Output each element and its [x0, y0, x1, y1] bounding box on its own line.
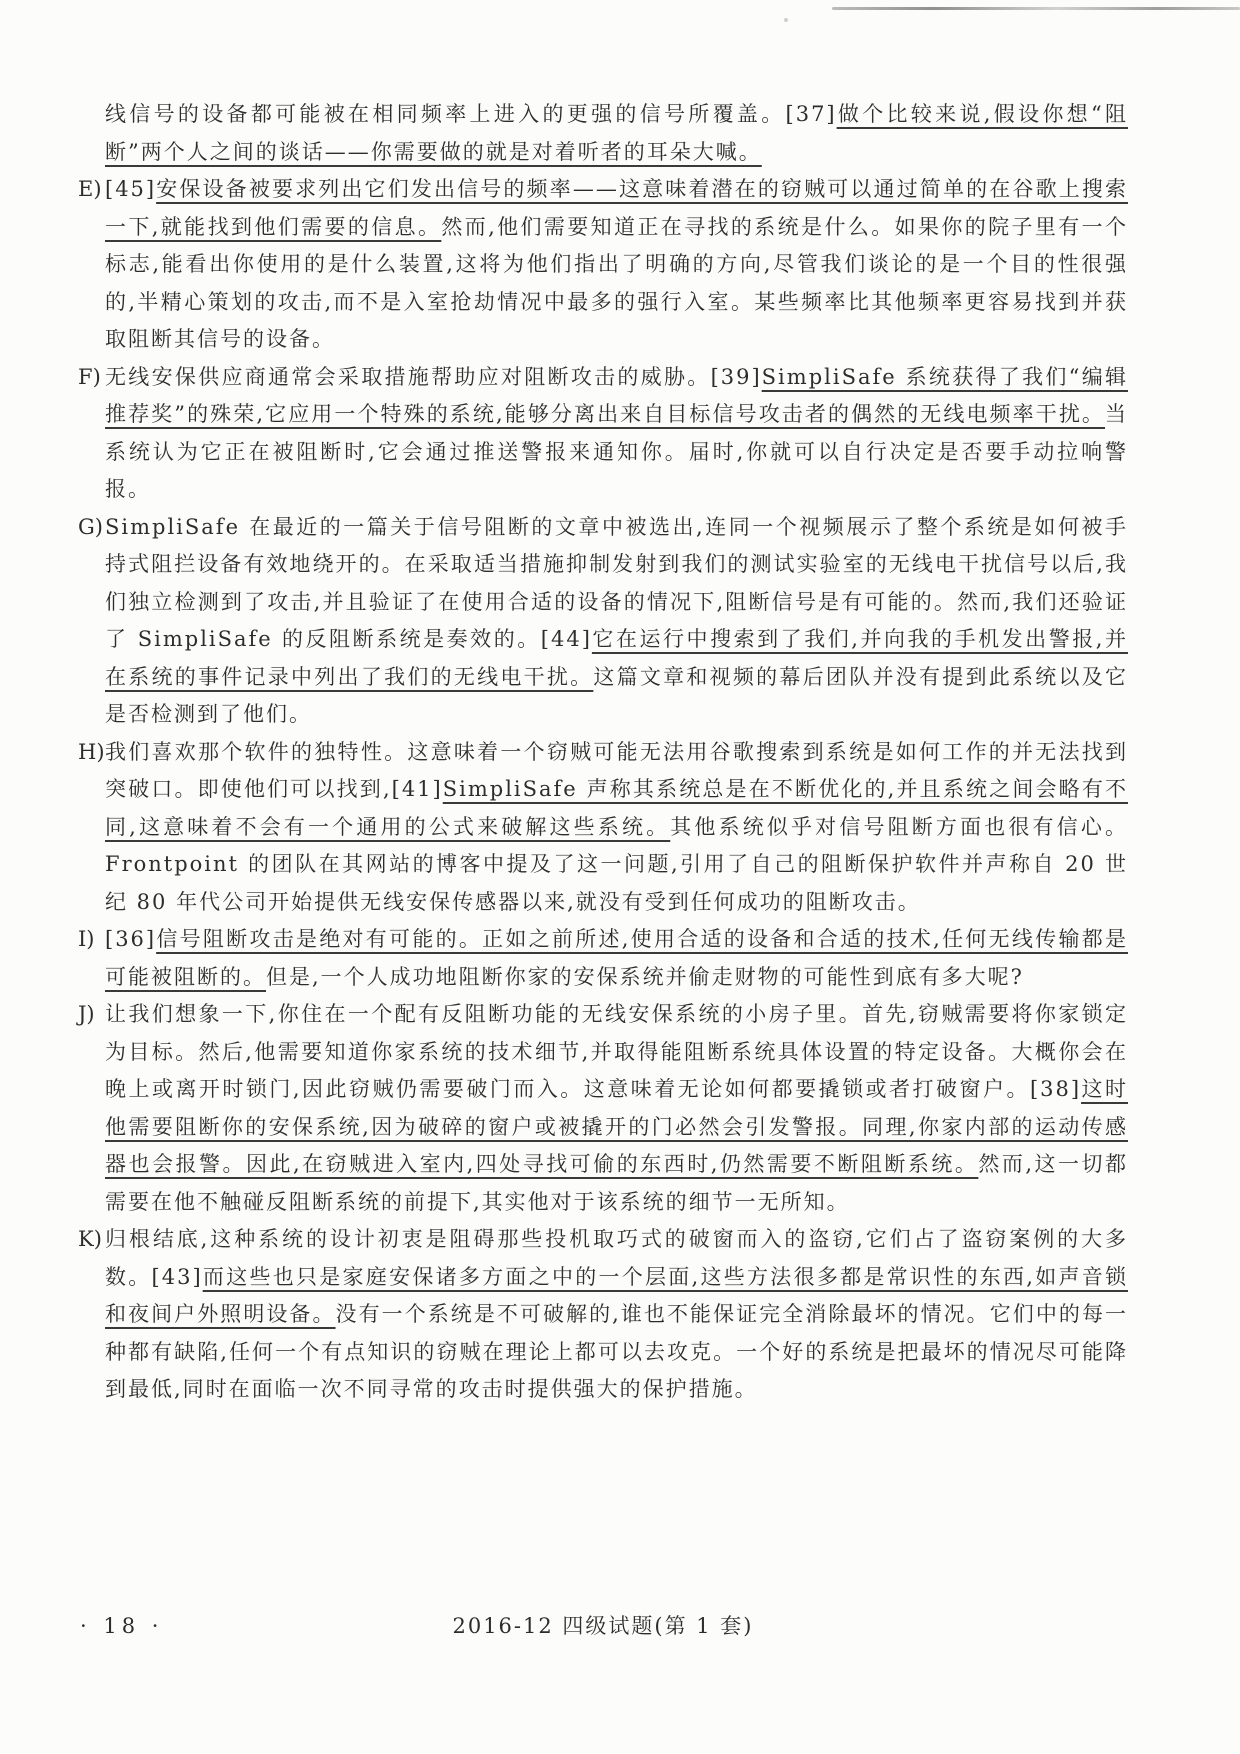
- text-run: 无线安保供应商通常会采取措施帮助应对阻断攻击的威胁。: [105, 365, 711, 389]
- paragraph-J: J)让我们想象一下,你住在一个配有反阻断功能的无线安保系统的小房子里。首先,窃贼…: [105, 996, 1128, 1221]
- paragraph-label: G): [78, 509, 103, 547]
- paragraph-G: G)SimpliSafe 在最近的一篇关于信号阻断的文章中被选出,连同一个视频展…: [105, 509, 1128, 734]
- paragraph-label: J): [78, 996, 95, 1034]
- blank-number-marker: [41]: [392, 777, 443, 801]
- passage-text: 线信号的设备都可能被在相同频率上进入的更强的信号所覆盖。[37]做个比较来说,假…: [78, 96, 1128, 1409]
- scanned-exam-page: 线信号的设备都可能被在相同频率上进入的更强的信号所覆盖。[37]做个比较来说,假…: [0, 0, 1240, 1754]
- blank-number-marker: [38]: [1030, 1077, 1081, 1101]
- exam-title: 2016-12 四级试题(第 1 套): [452, 1614, 753, 1638]
- text-run: 线信号的设备都可能被在相同频率上进入的更强的信号所覆盖。: [105, 102, 786, 126]
- blank-number-marker: [44]: [541, 627, 592, 651]
- blank-number-marker: [39]: [711, 365, 762, 389]
- scan-artifact-line: [832, 7, 1240, 10]
- paragraph-continuation: 线信号的设备都可能被在相同频率上进入的更强的信号所覆盖。[37]做个比较来说,假…: [105, 96, 1128, 171]
- paragraph-label: H): [78, 734, 105, 772]
- paragraph-F: F)无线安保供应商通常会采取措施帮助应对阻断攻击的威胁。[39]SimpliSa…: [105, 359, 1128, 509]
- text-run: 但是,一个人成功地阻断你家的安保系统并偷走财物的可能性到底有多大呢?: [266, 965, 1024, 989]
- page-number: · 18 ·: [80, 1608, 163, 1646]
- blank-number-marker: [36]: [105, 927, 156, 951]
- paragraph-label: F): [78, 359, 101, 397]
- blank-number-marker: [37]: [786, 102, 837, 126]
- paragraph-E: E)[45]安保设备被要求列出它们发出信号的频率——这意味着潜在的窃贼可以通过简…: [105, 171, 1128, 359]
- paragraph-K: K)归根结底,这种系统的设计初衷是阻碍那些投机取巧式的破窗而入的盗窃,它们占了盗…: [105, 1221, 1128, 1409]
- paragraph-label: E): [78, 171, 102, 209]
- paragraph-I: I)[36]信号阻断攻击是绝对有可能的。正如之前所述,使用合适的设备和合适的技术…: [105, 921, 1128, 996]
- scan-artifact-dot: [784, 18, 788, 22]
- paragraph-label: K): [78, 1221, 102, 1259]
- paragraph-H: H)我们喜欢那个软件的独特性。这意味着一个窃贼可能无法用谷歌搜索到系统是如何工作…: [105, 734, 1128, 922]
- text-run: 让我们想象一下,你住在一个配有反阻断功能的无线安保系统的小房子里。首先,窃贼需要…: [105, 1002, 1128, 1101]
- page-footer: · 18 · 2016-12 四级试题(第 1 套): [78, 1608, 1128, 1646]
- blank-number-marker: [45]: [105, 177, 156, 201]
- blank-number-marker: [43]: [152, 1265, 203, 1289]
- paragraph-label: I): [78, 921, 95, 959]
